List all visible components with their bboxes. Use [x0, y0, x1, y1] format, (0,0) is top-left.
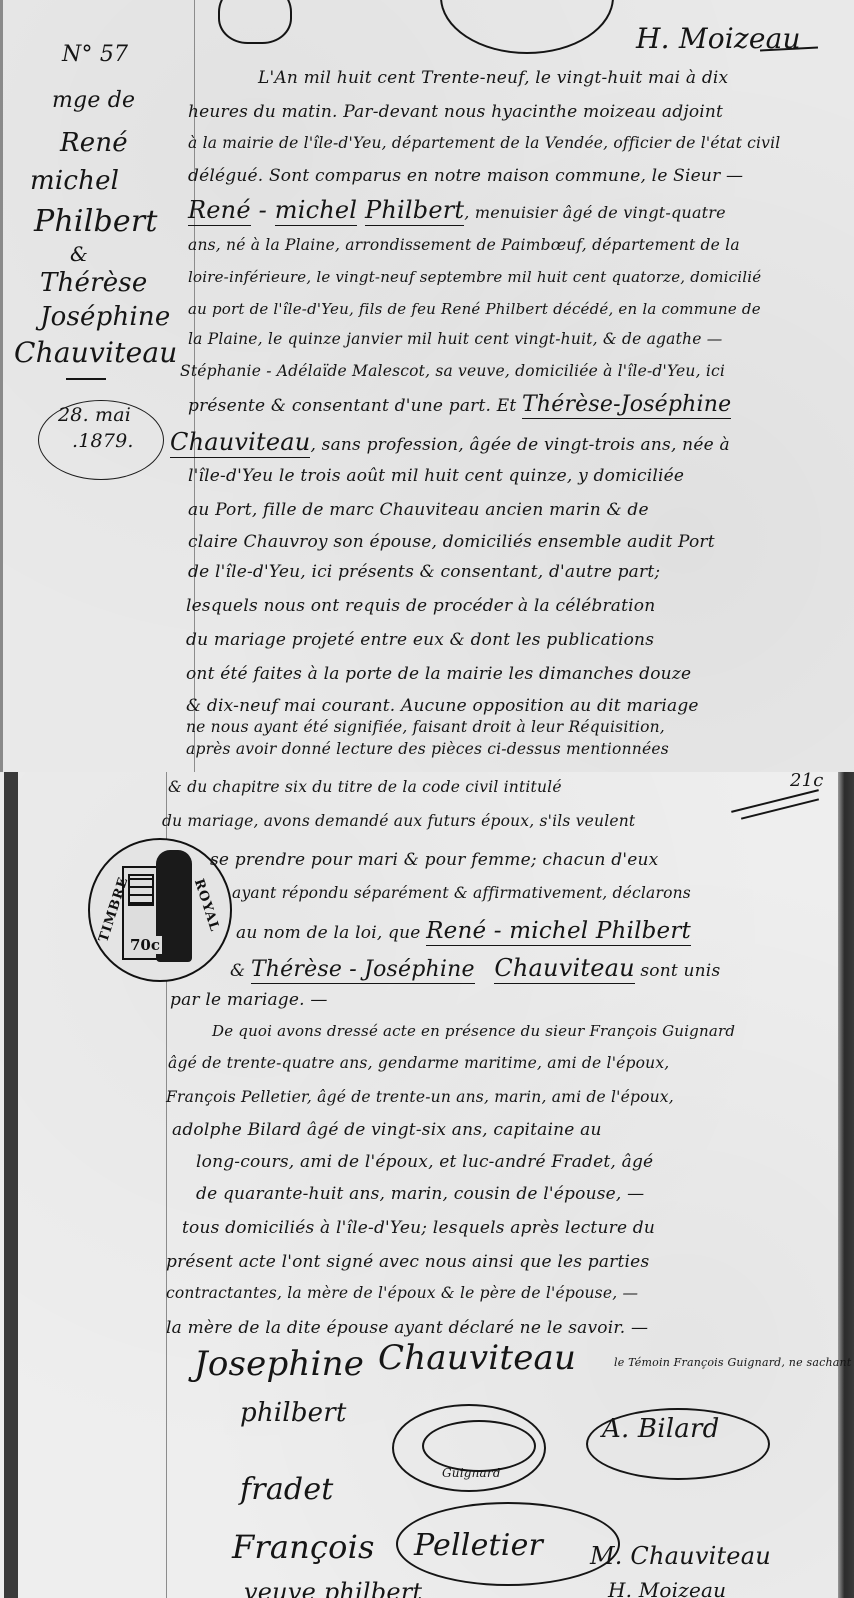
record-type: mge de [52, 88, 135, 113]
body-line: heures du matin. Par-devant nous hyacint… [188, 102, 723, 122]
flourish-loop-icon [440, 0, 614, 54]
body-line: âgé de trente-quatre ans, gendarme marit… [168, 1054, 669, 1072]
body-line: à la mairie de l'île-d'Yeu, département … [188, 134, 780, 152]
body-line-bride: & Thérèse - Joséphine Chauviteau sont un… [230, 954, 720, 982]
body-line: adolphe Bilard âgé de vingt-six ans, cap… [172, 1120, 602, 1140]
page-edge [0, 0, 3, 772]
body-line: après avoir donné lecture des pièces ci-… [186, 740, 669, 758]
page-edge [4, 772, 18, 1598]
signature-witness-bilard: A. Bilard [602, 1414, 719, 1444]
margin-date-year: .1879. [72, 430, 134, 452]
groom-first-name: René [188, 196, 251, 226]
groom-middle-name: michel [275, 196, 357, 226]
flourish-paraph-icon [422, 1420, 536, 1472]
margin-bride-middle: Joséphine [40, 302, 170, 332]
groom-last-name: Philbert [365, 196, 464, 226]
signature-mother-groom: veuve philbert [244, 1578, 422, 1598]
body-line: ont été faites à la porte de la mairie l… [186, 664, 691, 684]
margin-groom-first: René [60, 128, 128, 158]
body-line: tous domiciliés à l'île-d'Yeu; lesquels … [182, 1218, 655, 1238]
bride-last-name: Chauviteau [494, 954, 634, 984]
body-line: Stéphanie - Adélaïde Malescot, sa veuve,… [180, 362, 725, 380]
body-line: long-cours, ami de l'époux, et luc-andré… [196, 1152, 653, 1172]
witness-annotation: le Témoin François Guignard, ne sachant … [614, 1356, 854, 1369]
signature-bride: Josephine [194, 1344, 364, 1384]
body-line: François Pelletier, âgé de trente-un ans… [166, 1088, 674, 1106]
stamp-right-text: ROYAL [191, 877, 222, 934]
margin-bride-last: Chauviteau [14, 336, 178, 369]
body-line: & du chapitre six du titre de la code ci… [168, 778, 562, 796]
body-line: De quoi avons dressé acte en présence du… [212, 1022, 735, 1040]
margin-dash [66, 378, 106, 380]
signature-mayor: H. Moizeau [608, 1578, 726, 1598]
body-line: du mariage, avons demandé aux futurs épo… [162, 812, 635, 830]
body-line: ayant répondu séparément & affirmativeme… [232, 884, 691, 902]
groom-full-name: René - michel Philbert [426, 918, 691, 946]
fee-note: 21c [790, 772, 824, 791]
body-line: lesquels nous ont requis de procéder à l… [186, 596, 655, 616]
body-line: ne nous ayant été signifiée, faisant dro… [186, 718, 665, 736]
record-number: N° 57 [62, 42, 128, 67]
page-edge [838, 772, 854, 1598]
body-line: l'île-d'Yeu le trois août mil huit cent … [188, 466, 684, 486]
body-line: contractantes, la mère de l'époux & le p… [166, 1284, 638, 1302]
signature-father-bride: M. Chauviteau [590, 1542, 771, 1570]
register-page-bottom: TIMBRE ROYAL 70c 21c & du chapitre six d… [0, 772, 854, 1598]
margin-bride-first: Thérèse [40, 268, 147, 298]
margin-conjunction: & [70, 242, 88, 266]
body-line: ans, né à la Plaine, arrondissement de P… [188, 236, 740, 254]
register-page-top: H. Moizeau N° 57 mge de René michel Phil… [0, 0, 854, 772]
signature-witness-pelletier: Pelletier [414, 1528, 543, 1563]
body-line-bride-intro: présente & consentant d'une part. Et Thé… [188, 392, 731, 417]
signature-groom: philbert [240, 1398, 347, 1428]
bride-first-names: Thérèse - Joséphine [251, 957, 475, 984]
flourish-initial-icon [218, 0, 292, 44]
stamp-value: 70c [128, 936, 162, 954]
body-line: la mère de la dite épouse ayant déclaré … [166, 1318, 648, 1338]
body-line: du mariage projeté entre eux & dont les … [186, 630, 654, 650]
body-line: au Port, fille de marc Chauviteau ancien… [188, 500, 649, 520]
body-line: présent acte l'ont signé avec nous ainsi… [166, 1252, 649, 1272]
body-line-groom: au nom de la loi, que René - michel Phil… [236, 918, 691, 944]
body-line-bride: Chauviteau, sans profession, âgée de vin… [170, 428, 730, 456]
signature-witness-fradet: fradet [240, 1472, 334, 1507]
body-line: L'An mil huit cent Trente-neuf, le vingt… [258, 68, 728, 88]
body-line: claire Chauvroy son épouse, domiciliés e… [188, 532, 715, 552]
body-line: de l'île-d'Yeu, ici présents & consentan… [188, 562, 660, 582]
bride-last-name: Chauviteau [170, 428, 310, 458]
signature-inner-flourish: Guignard [442, 1466, 501, 1480]
signature-bride-surname: Chauviteau [378, 1338, 576, 1378]
signature-witness-francois: François [232, 1528, 375, 1566]
body-line: & dix-neuf mai courant. Aucune oppositio… [186, 696, 699, 716]
body-line: de quarante-huit ans, marin, cousin de l… [196, 1184, 644, 1204]
margin-groom-middle: michel [30, 166, 119, 196]
body-line-groom: René - michel Philbert, menuisier âgé de… [188, 196, 726, 224]
bride-first-names: Thérèse-Joséphine [522, 392, 731, 419]
margin-date-day: 28. mai [58, 404, 131, 426]
body-line: délégué. Sont comparus en notre maison c… [188, 166, 743, 186]
body-line: au port de l'île-d'Yeu, fils de feu René… [188, 300, 761, 318]
body-line: la Plaine, le quinze janvier mil huit ce… [188, 330, 722, 348]
body-line: loire-inférieure, le vingt-neuf septembr… [188, 268, 761, 286]
fee-strike [741, 798, 819, 819]
body-line: par le mariage. — [170, 990, 328, 1010]
body-line: se prendre pour mari & pour femme; chacu… [210, 850, 658, 870]
margin-groom-last: Philbert [34, 204, 158, 239]
